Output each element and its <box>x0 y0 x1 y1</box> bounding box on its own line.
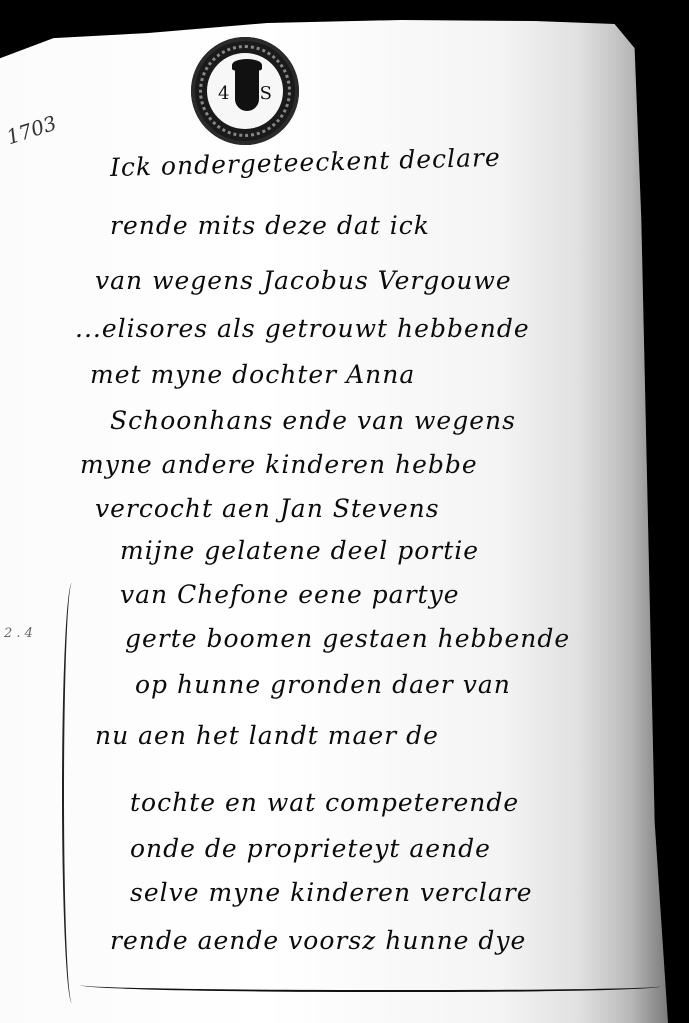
shield-icon <box>235 67 259 111</box>
text-line-7: myne andere kinderen hebbe <box>80 450 478 479</box>
text-line-10: van Chefone eene partye <box>120 580 460 609</box>
text-line-15: onde de proprieteyt aende <box>130 834 491 863</box>
text-line-17: rende aende voorsz hunne dye <box>110 926 526 955</box>
text-line-3: van wegens Jacobus Vergouwe <box>95 266 512 295</box>
text-line-1: Ick ondergeteeckent declare <box>110 143 501 182</box>
stamp-right-label: S <box>260 83 272 104</box>
seal-stamp: 4 S <box>191 37 299 145</box>
text-line-6: Schoonhans ende van wegens <box>110 406 516 435</box>
margin-side-number: 2 . 4 <box>4 626 33 641</box>
text-line-11: gerte boomen gestaen hebbende <box>125 624 570 653</box>
text-line-13: nu aen het landt maer de <box>95 721 439 750</box>
stamp-center: 4 S <box>207 53 283 129</box>
closing-flourish <box>80 978 660 992</box>
text-line-16: selve myne kinderen verclare <box>130 878 533 907</box>
manuscript-page: 4 S 1703 2 . 4 Ick ondergeteeckent decla… <box>0 18 668 1023</box>
text-line-9: mijne gelatene deel portie <box>120 536 479 565</box>
text-line-12: op hunne gronden daer van <box>135 670 511 699</box>
text-line-2: rende mits deze dat ick <box>110 211 430 240</box>
text-line-5: met myne dochter Anna <box>90 360 415 389</box>
margin-bracket <box>62 583 82 1003</box>
margin-year: 1703 <box>4 111 60 150</box>
text-line-14: tochte en wat competerende <box>130 788 519 817</box>
text-line-8: vercocht aen Jan Stevens <box>95 494 440 523</box>
text-line-4: ...elisores als getrouwt hebbende <box>75 314 530 343</box>
stamp-left-label: 4 <box>218 83 229 104</box>
